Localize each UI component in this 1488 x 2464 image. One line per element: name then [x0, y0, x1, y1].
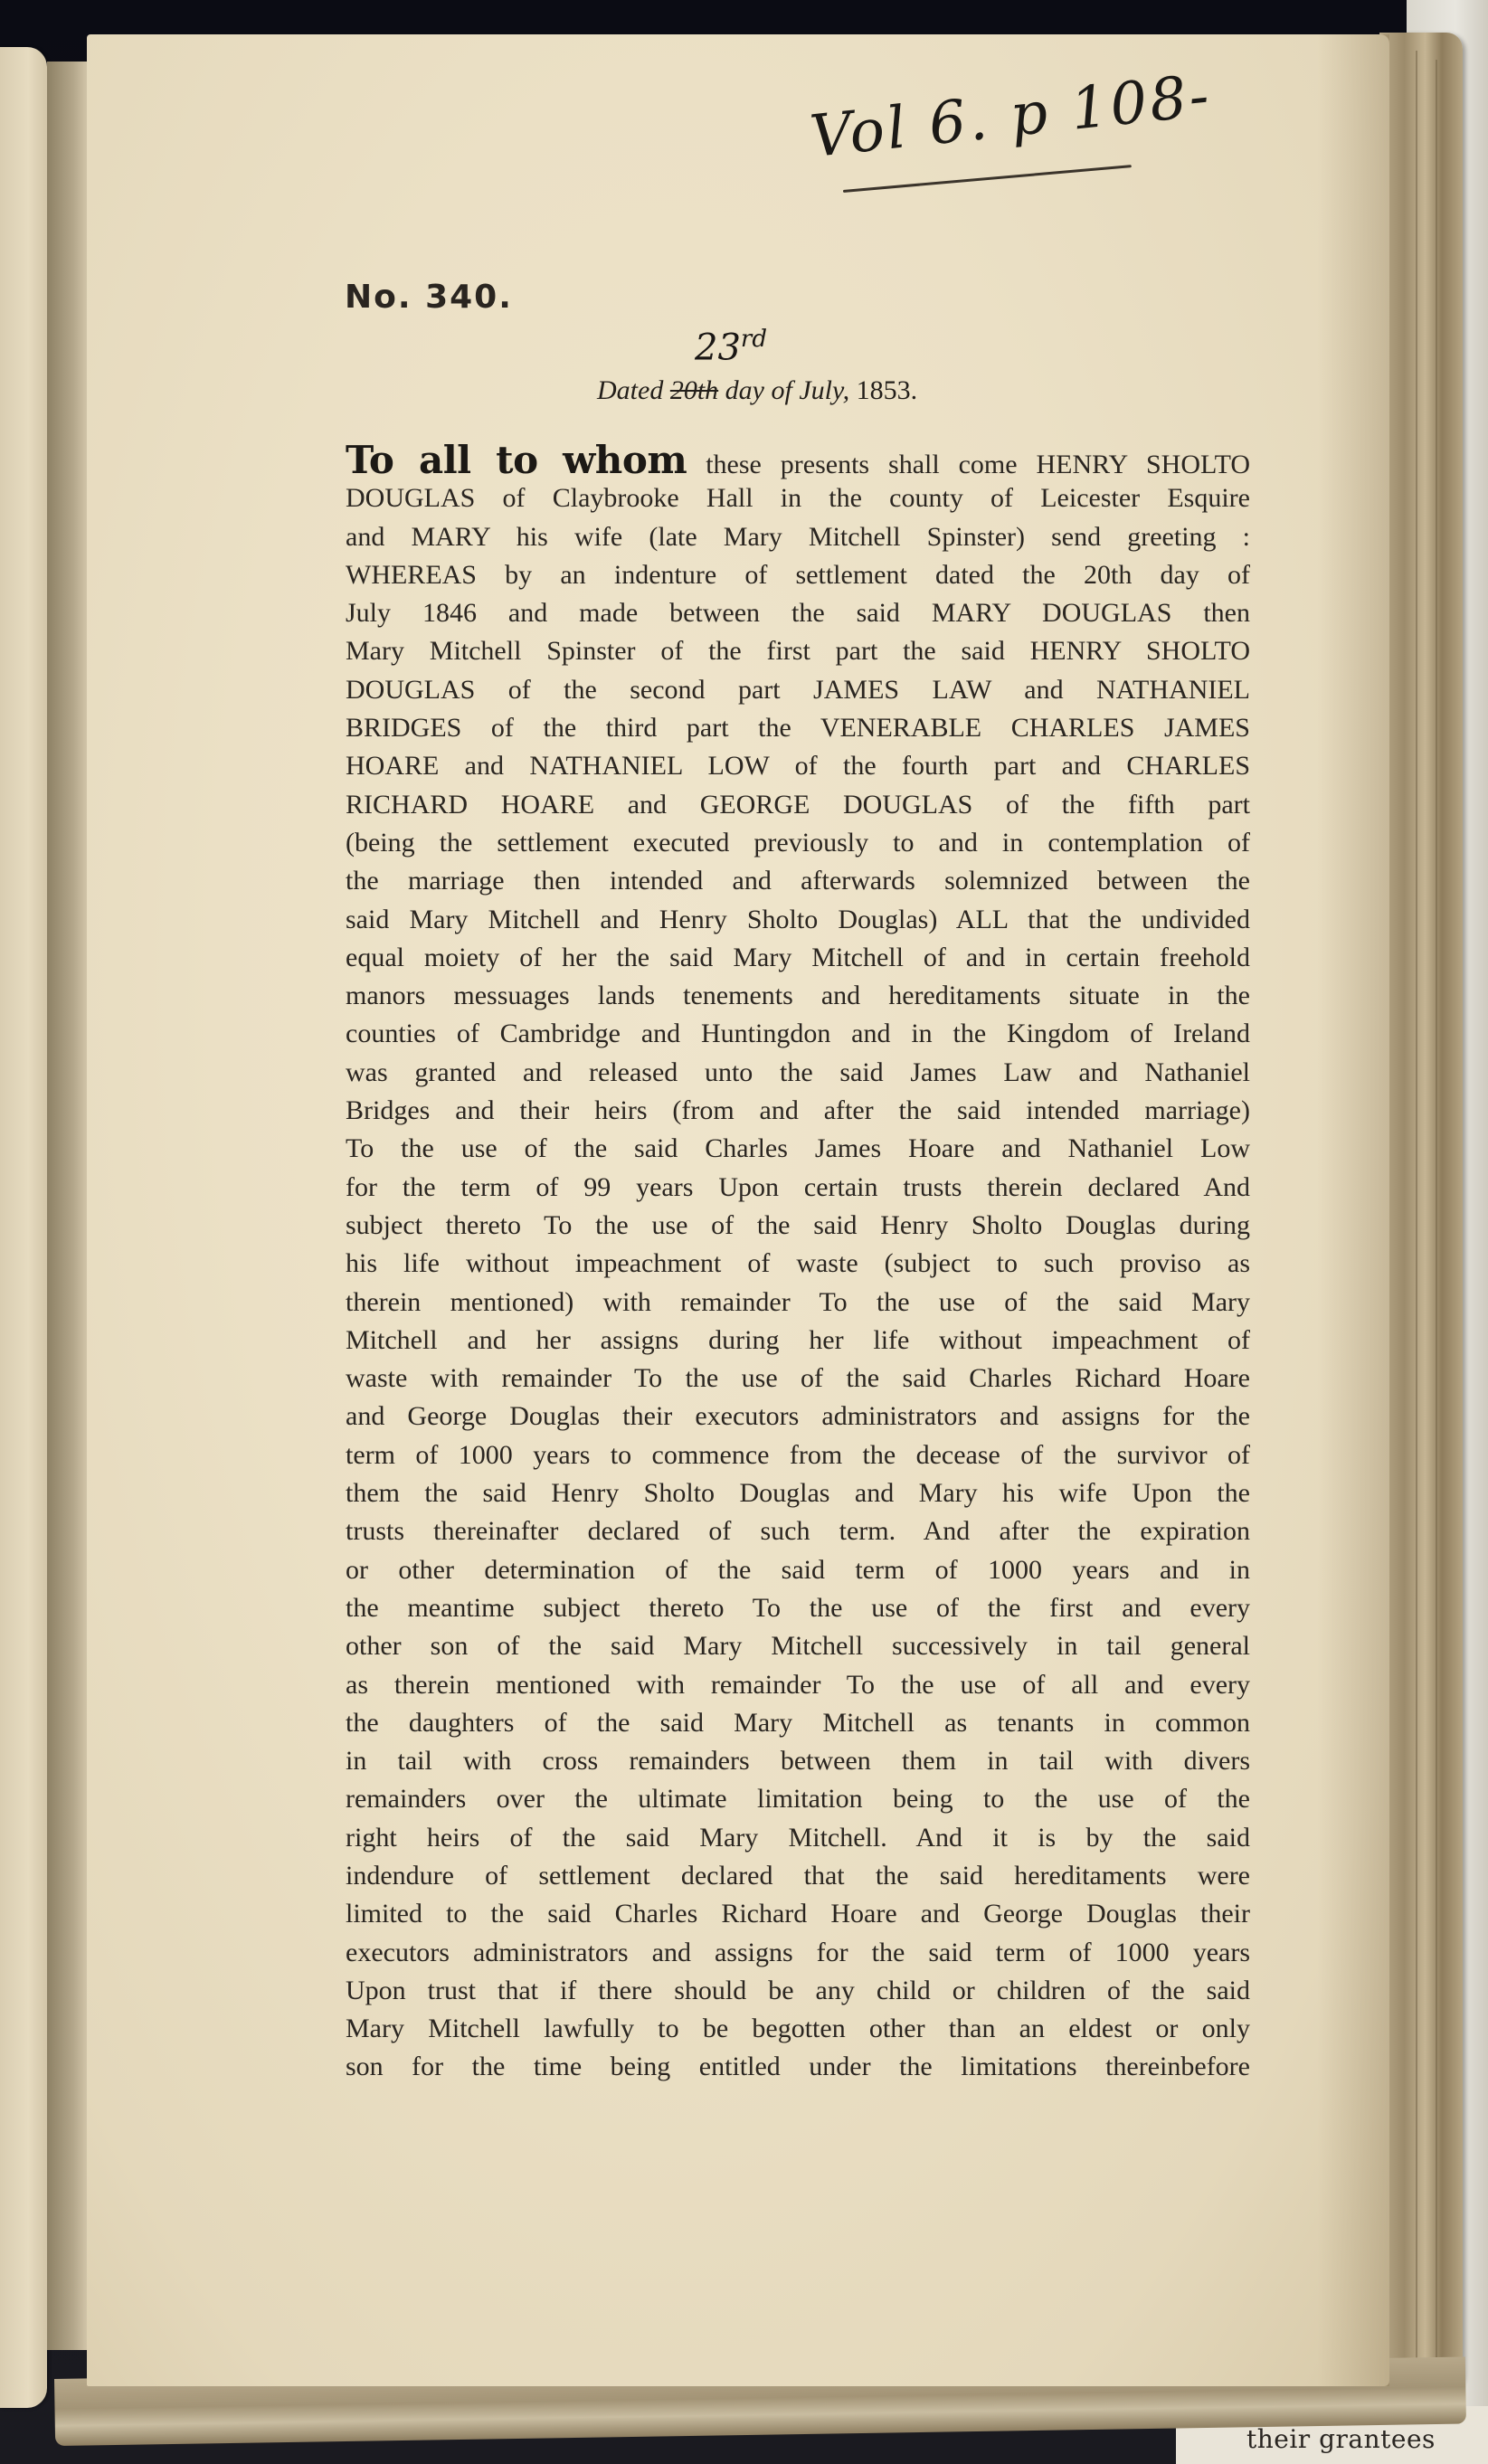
body-line: said Mary Mitchell and Henry Sholto Doug… — [346, 901, 1250, 939]
deed-body: To all to whom these presents shall come… — [346, 441, 1250, 2087]
body-line: July 1846 and made between the said MARY… — [346, 594, 1250, 632]
body-line: equal moiety of her the said Mary Mitche… — [346, 939, 1250, 977]
body-line: term of 1000 years to commence from the … — [346, 1436, 1250, 1474]
body-line: other son of the said Mary Mitchell succ… — [346, 1627, 1250, 1665]
body-line: counties of Cambridge and Huntingdon and… — [346, 1015, 1250, 1053]
body-line: Mary Mitchell lawfully to be begotten ot… — [346, 2010, 1250, 2048]
body-line: for the term of 99 years Upon certain tr… — [346, 1169, 1250, 1207]
body-line: DOUGLAS of Claybrooke Hall in the county… — [346, 479, 1250, 517]
dated-line: Dated 20th day of July, 1853. — [597, 375, 917, 406]
body-line: Upon trust that if there should be any c… — [346, 1972, 1250, 2010]
body-line: Bridges and their heirs (from and after … — [346, 1092, 1250, 1130]
body-line: as therein mentioned with remainder To t… — [346, 1666, 1250, 1704]
body-line: BRIDGES of the third part the VENERABLE … — [346, 709, 1250, 747]
corrected-day: 23 — [695, 327, 741, 368]
body-line: manors messuages lands tenements and her… — [346, 977, 1250, 1015]
body-line: DOUGLAS of the second part JAMES LAW and… — [346, 671, 1250, 709]
body-line: Mary Mitchell Spinster of the first part… — [346, 632, 1250, 670]
body-line: right heirs of the said Mary Mitchell. A… — [346, 1819, 1250, 1857]
body-line: trusts thereinafter declared of such ter… — [346, 1512, 1250, 1550]
body-line: and George Douglas their executors admin… — [346, 1398, 1250, 1436]
body-line: HOARE and NATHANIEL LOW of the fourth pa… — [346, 747, 1250, 785]
book-gutter-shadow — [47, 62, 90, 2350]
body-line: them the said Henry Sholto Douglas and M… — [346, 1474, 1250, 1512]
book-page-edges — [1379, 33, 1463, 2393]
previous-page-edge — [0, 47, 47, 2408]
body-line: or other determination of the said term … — [346, 1551, 1250, 1589]
body-line: the daughters of the said Mary Mitchell … — [346, 1704, 1250, 1742]
body-line: in tail with cross remainders between th… — [346, 1742, 1250, 1780]
underlying-sheet-text: their grantees — [1246, 2424, 1436, 2454]
body-line: therein mentioned) with remainder To the… — [346, 1284, 1250, 1322]
dated-prefix: Dated — [597, 375, 663, 405]
body-line: subject thereto To the use of the said H… — [346, 1207, 1250, 1245]
body-line: the meantime subject thereto To the use … — [346, 1589, 1250, 1627]
body-line: executors administrators and assigns for… — [346, 1934, 1250, 1972]
body-line: To all to whom these presents shall come… — [346, 441, 1250, 479]
body-line: was granted and released unto the said J… — [346, 1054, 1250, 1092]
body-line: the marriage then intended and afterward… — [346, 862, 1250, 900]
body-line: (being the settlement executed previousl… — [346, 824, 1250, 862]
body-line: limited to the said Charles Richard Hoar… — [346, 1895, 1250, 1933]
body-line: his life without impeachment of waste (s… — [346, 1245, 1250, 1283]
body-line: Mitchell and her assigns during her life… — [346, 1322, 1250, 1360]
handwritten-date-correction: 23rd — [695, 326, 767, 368]
body-line: son for the time being entitled under th… — [346, 2048, 1250, 2086]
dated-suffix: day of July, — [725, 375, 849, 405]
dated-year: 1853. — [857, 375, 918, 405]
corrected-day-suffix: rd — [741, 326, 767, 353]
body-line: remainders over the ultimate limitation … — [346, 1780, 1250, 1818]
document-number: No. 340. — [345, 279, 513, 316]
body-line: To the use of the said Charles James Hoa… — [346, 1130, 1250, 1168]
body-line: WHEREAS by an indenture of settlement da… — [346, 556, 1250, 594]
body-line: waste with remainder To the use of the s… — [346, 1360, 1250, 1398]
struck-day: 20th — [670, 375, 718, 405]
opening-words: To all to whom — [346, 438, 687, 482]
body-line: indendure of settlement declared that th… — [346, 1857, 1250, 1895]
body-line: RICHARD HOARE and GEORGE DOUGLAS of the … — [346, 786, 1250, 824]
body-line: and MARY his wife (late Mary Mitchell Sp… — [346, 518, 1250, 556]
